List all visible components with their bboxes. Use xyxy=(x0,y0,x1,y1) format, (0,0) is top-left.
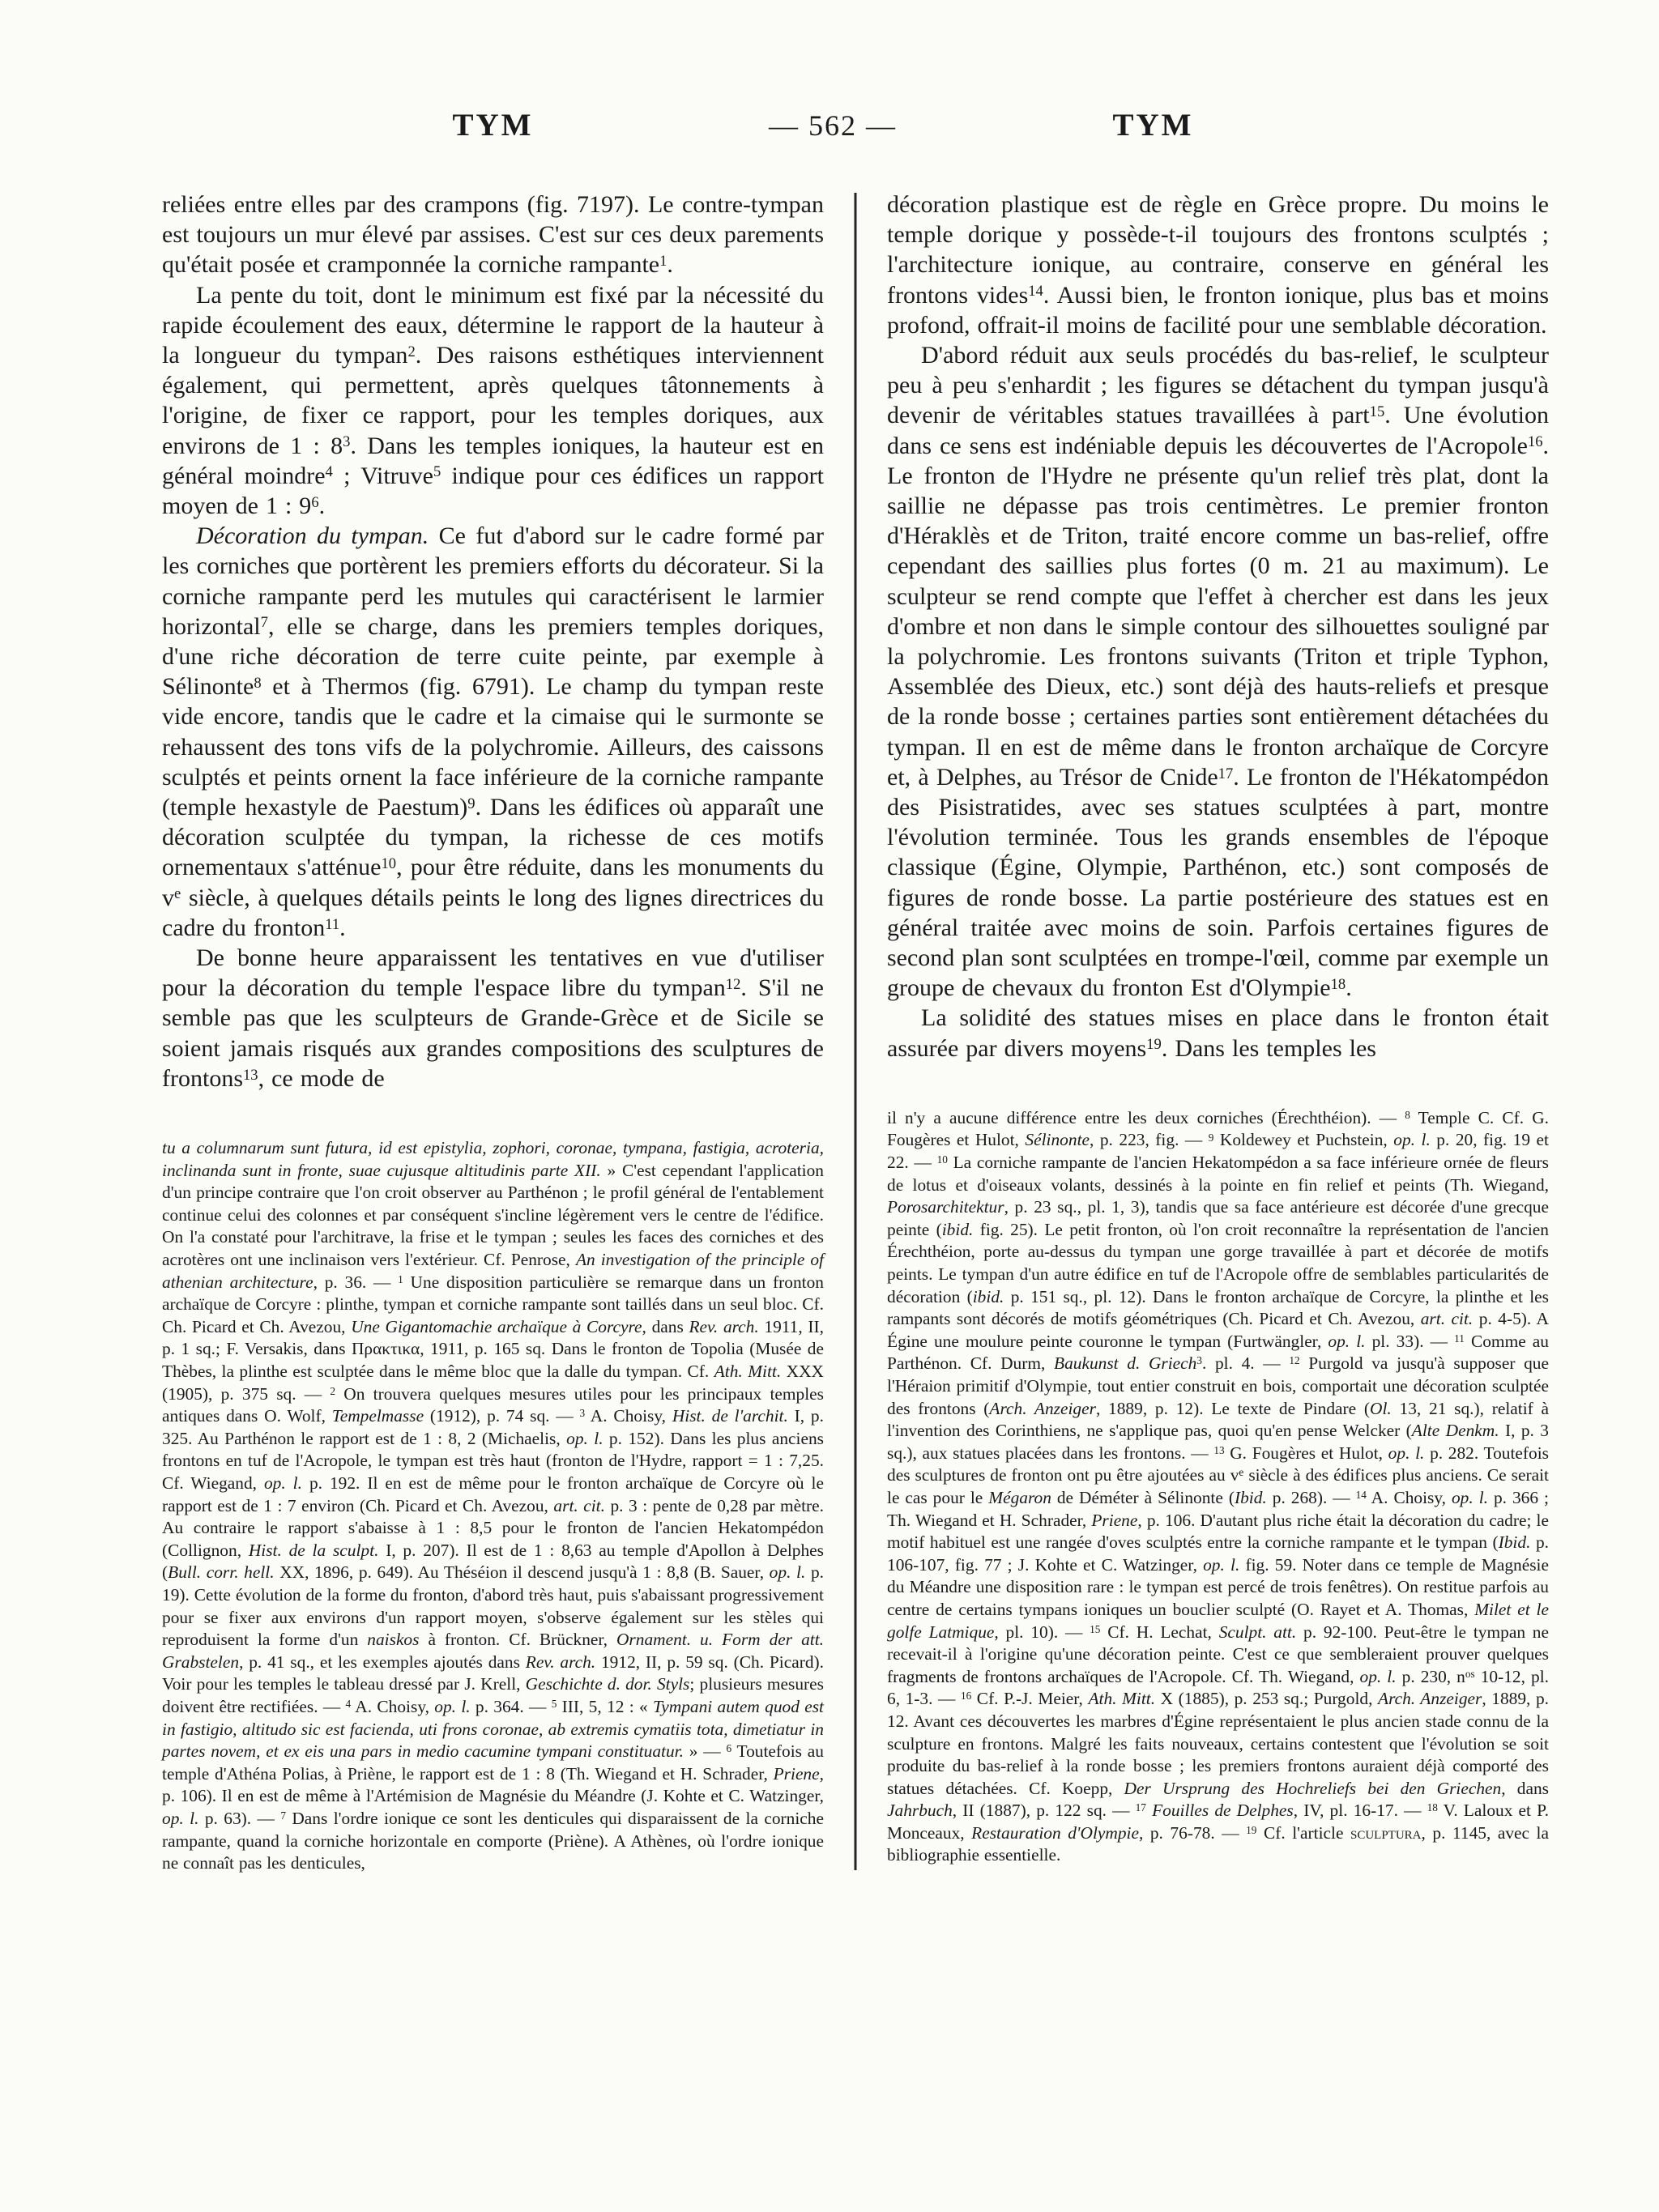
column-divider xyxy=(855,193,857,1870)
running-title-left: TYM xyxy=(162,107,824,143)
page-header: TYM — 562 — TYM xyxy=(162,107,1549,149)
body-paragraph: De bonne heure apparaissent les tentativ… xyxy=(162,943,824,1093)
page: TYM — 562 — TYM reliées entre elles par … xyxy=(162,107,1549,1875)
body-paragraph: La solidité des statues mises en place d… xyxy=(887,1003,1549,1063)
body-paragraph: D'abord réduit aux seuls procédés du bas… xyxy=(887,340,1549,1003)
text-column-right: décoration plastique est de règle en Grè… xyxy=(887,190,1549,1875)
text-column-left: reliées entre elles par des crampons (fi… xyxy=(162,190,824,1875)
scanned-dictionary-page: { "header": { "left_running_title": "TYM… xyxy=(0,0,1659,2212)
body-paragraph: La pente du toit, dont le minimum est fi… xyxy=(162,280,824,522)
running-title-right: TYM xyxy=(822,107,1484,143)
two-column-layout: reliées entre elles par des crampons (fi… xyxy=(162,190,1549,1875)
body-paragraph: reliées entre elles par des crampons (fi… xyxy=(162,190,824,280)
footnotes-left: tu a columnarum sunt futura, id est epis… xyxy=(162,1137,824,1875)
body-paragraph: Décoration du tympan. Ce fut d'abord sur… xyxy=(162,521,824,943)
body-paragraph: décoration plastique est de règle en Grè… xyxy=(887,190,1549,340)
footnotes-right: il n'y a aucune différence entre les deu… xyxy=(887,1107,1549,1867)
